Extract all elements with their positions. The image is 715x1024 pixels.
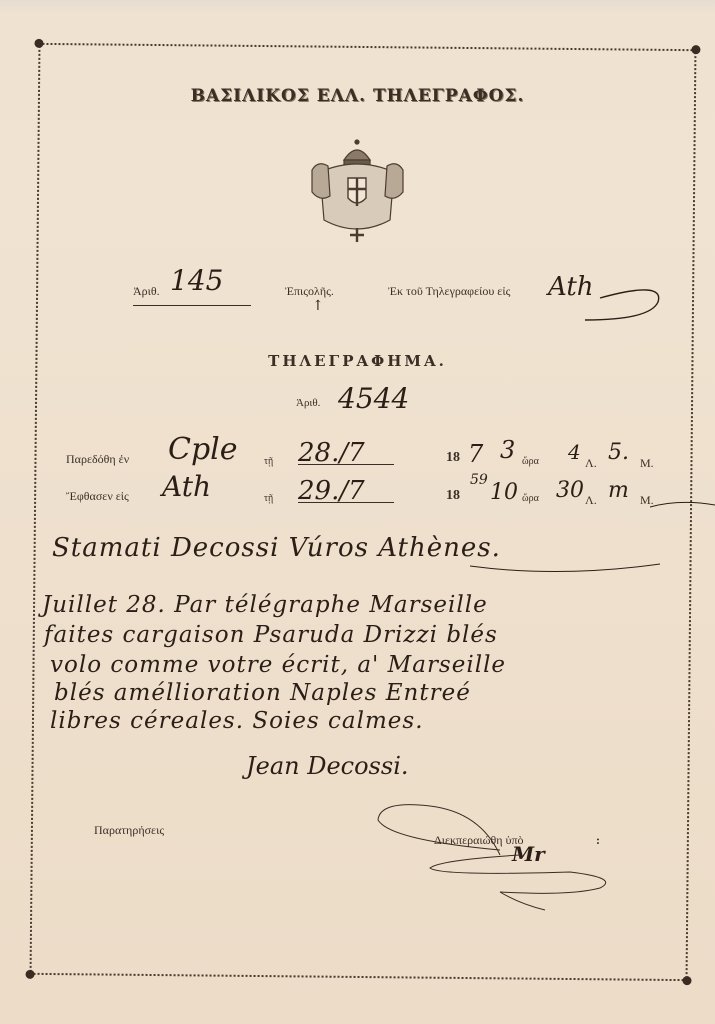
- message-line: volo comme votre écrit, a' Marseille: [50, 652, 506, 678]
- arrived-year-suffix: 59: [470, 472, 488, 488]
- date-rule: [298, 502, 394, 503]
- arrived-minute-value: 30: [556, 478, 584, 503]
- telegram-title: ΤΗΛΕΓΡΑΦΗΜΑ.: [0, 352, 715, 370]
- arrow-up-icon: ↑: [312, 298, 324, 314]
- handed-in-period-label: Μ.: [640, 456, 654, 471]
- corner-ornament: [26, 970, 35, 979]
- corner-ornament: [691, 45, 700, 54]
- royal-coat-of-arms-icon: [300, 132, 415, 247]
- arrived-minute-label: Λ.: [585, 493, 597, 508]
- message-line: Juillet 28. Par télégraphe Marseille: [42, 592, 488, 618]
- arith-value: 145: [170, 264, 223, 297]
- handed-in-year-prefix: 18: [446, 450, 460, 466]
- arith-label: Ἀριθ.: [133, 284, 160, 299]
- from-office-label: Ἐκ τοῦ Τηλεγραφείου εἰς: [388, 284, 510, 299]
- handed-in-minute-value: 4: [568, 440, 581, 464]
- handed-in-hour-label: ὥρα: [522, 456, 539, 467]
- handed-in-hour-value: 3: [500, 436, 515, 464]
- addressee: Stamati Decossi Vúros Athènes.: [52, 533, 501, 563]
- arith-underline: [133, 305, 251, 306]
- date-rule: [298, 464, 394, 465]
- telegram-paper: ΒΑΣΙΛΙΚΟΣ ΕΛΛ. ΤΗΛΕΓΡΑΦΟΣ. Ἀριθ.: [0, 0, 715, 1024]
- signature: Jean Decossi.: [246, 752, 409, 780]
- handed-in-day-label: τῇ: [264, 456, 273, 467]
- remarks-label: Παρατηρήσεις: [94, 823, 164, 838]
- handed-in-place: Cple: [168, 432, 238, 467]
- handed-in-label: Παρεδόθη ἐν: [66, 452, 129, 467]
- message-line: faites cargaison Psaruda Drizzi blés: [44, 622, 498, 648]
- handed-in-second-value: 5.: [608, 440, 629, 465]
- arrived-place: Ath: [162, 470, 211, 503]
- corner-ornament: [682, 976, 691, 985]
- telegram-number-value: 4544: [338, 382, 409, 415]
- arrived-hour-label: ὥρα: [522, 493, 539, 504]
- arrived-hour-value: 10: [490, 480, 518, 505]
- handed-in-year-suffix: 7: [468, 440, 483, 468]
- arrived-year-prefix: 18: [446, 488, 460, 504]
- stroke-icon: [640, 495, 715, 515]
- arrived-second-value: m: [608, 478, 629, 503]
- corner-ornament: [34, 39, 43, 48]
- arrived-label: Ἔφθασεν εἰς: [66, 489, 129, 504]
- flourish-icon: [540, 280, 670, 330]
- arrived-day-label: τῇ: [264, 493, 273, 504]
- addressee-underline-icon: [470, 560, 670, 580]
- telegram-number-label: Ἀριθ.: [296, 397, 320, 409]
- handed-in-minute-label: Λ.: [585, 456, 597, 471]
- message-line: libres céreales. Soies calmes.: [50, 708, 424, 734]
- header-title: ΒΑΣΙΛΙΚΟΣ ΕΛΛ. ΤΗΛΕΓΡΑΦΟΣ.: [0, 86, 715, 106]
- epistoli-label: Ἐπιςολῆς.: [285, 284, 334, 299]
- signature-flourish-icon: [370, 800, 630, 910]
- message-line: blés améllioration Naples Entreé: [54, 680, 471, 706]
